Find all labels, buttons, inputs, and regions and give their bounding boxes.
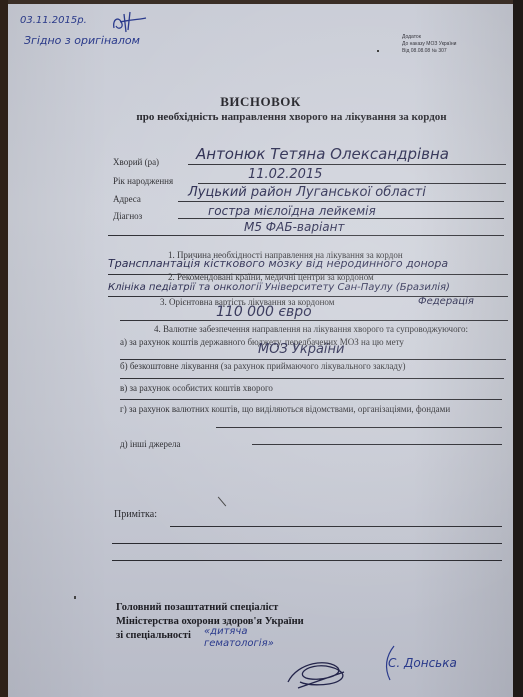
birth-value: 11.02.2015 [248,167,322,182]
address-line [178,201,504,202]
section-4-label: 4. Валютне забезпечення направлення на л… [154,324,468,334]
birth-line [198,183,506,184]
section-4g-label: г) за рахунок валютних коштів, що виділя… [120,404,450,414]
section-4d-line [252,444,502,445]
patient-name-value: Антонюк Тетяна Олександрівна [196,145,449,163]
photo-edge-left [0,0,8,697]
photo-edge-right [513,0,523,697]
section-4a-line [120,359,506,360]
stamp-line-3: Від 08.08.08 № 307 [402,48,456,55]
notes-line-3 [112,560,502,561]
footer-line-1: Головний позаштатний спеціаліст [116,601,304,615]
patient-name-label: Хворий (ра) [113,157,159,167]
document-subtitle: про необхідність направлення хворого на … [8,111,513,123]
section-4b-label: б) безкоштовне лікування (за рахунок при… [120,361,405,371]
annotation-date: 03.11.2015р. [20,15,87,26]
dot-mark [377,50,379,52]
section-2-label: 2. Рекомендовані країни, медичні центри … [168,272,374,282]
signature-name: С. Донська [388,656,457,670]
diagnosis-label: Діагноз [113,211,142,221]
specialist-signature-icon [278,652,368,692]
patient-name-line [188,164,506,165]
diagnosis-value-2: М5 ФАБ-варіант [244,220,344,234]
section-2-value-extra: Федерація [418,296,474,307]
specialty-value: «дитяча гематологія» [204,626,284,650]
section-3-line [120,320,508,321]
diagnosis-line-2 [108,235,504,236]
stamp-line-2: До наказу МОЗ України [402,41,456,48]
annotation-certified-copy: Згідно з оригіналом [24,34,140,47]
section-2-value: Клініка педіатрії та онкології Університ… [108,282,450,293]
initials-signature-icon [110,10,150,34]
document-title: ВИСНОВОК [8,94,513,110]
address-label: Адреса [113,194,141,204]
section-4d-label: д) інші джерела [120,439,180,449]
diagnosis-line-1 [178,218,504,219]
section-4a-value: МОЗ України [258,342,344,357]
birth-label: Рік народження [113,176,173,186]
section-1-value: Трансплантація кісткового мозку від неро… [108,257,448,270]
stray-mark [218,497,226,507]
diagnosis-value-1: гостра мієлоїдна лейкемія [208,204,376,218]
address-value: Луцький район Луганської області [188,185,426,200]
notes-label: Примітка: [114,509,157,520]
section-4v-label: в) за рахунок особистих коштів хворого [120,383,273,393]
section-4g-line [216,427,502,428]
notes-line-2 [112,543,502,544]
stamp-line-1: Додаток [402,34,456,41]
section-3-value: 110 000 євро [216,304,312,320]
section-4v-line [120,399,502,400]
section-4b-line [120,378,504,379]
stray-mark [74,596,76,599]
document-page: 03.11.2015р. Згідно з оригіналом Додаток… [8,4,513,697]
appendix-stamp: Додаток До наказу МОЗ України Від 08.08.… [402,34,456,55]
notes-line-1 [170,526,502,527]
